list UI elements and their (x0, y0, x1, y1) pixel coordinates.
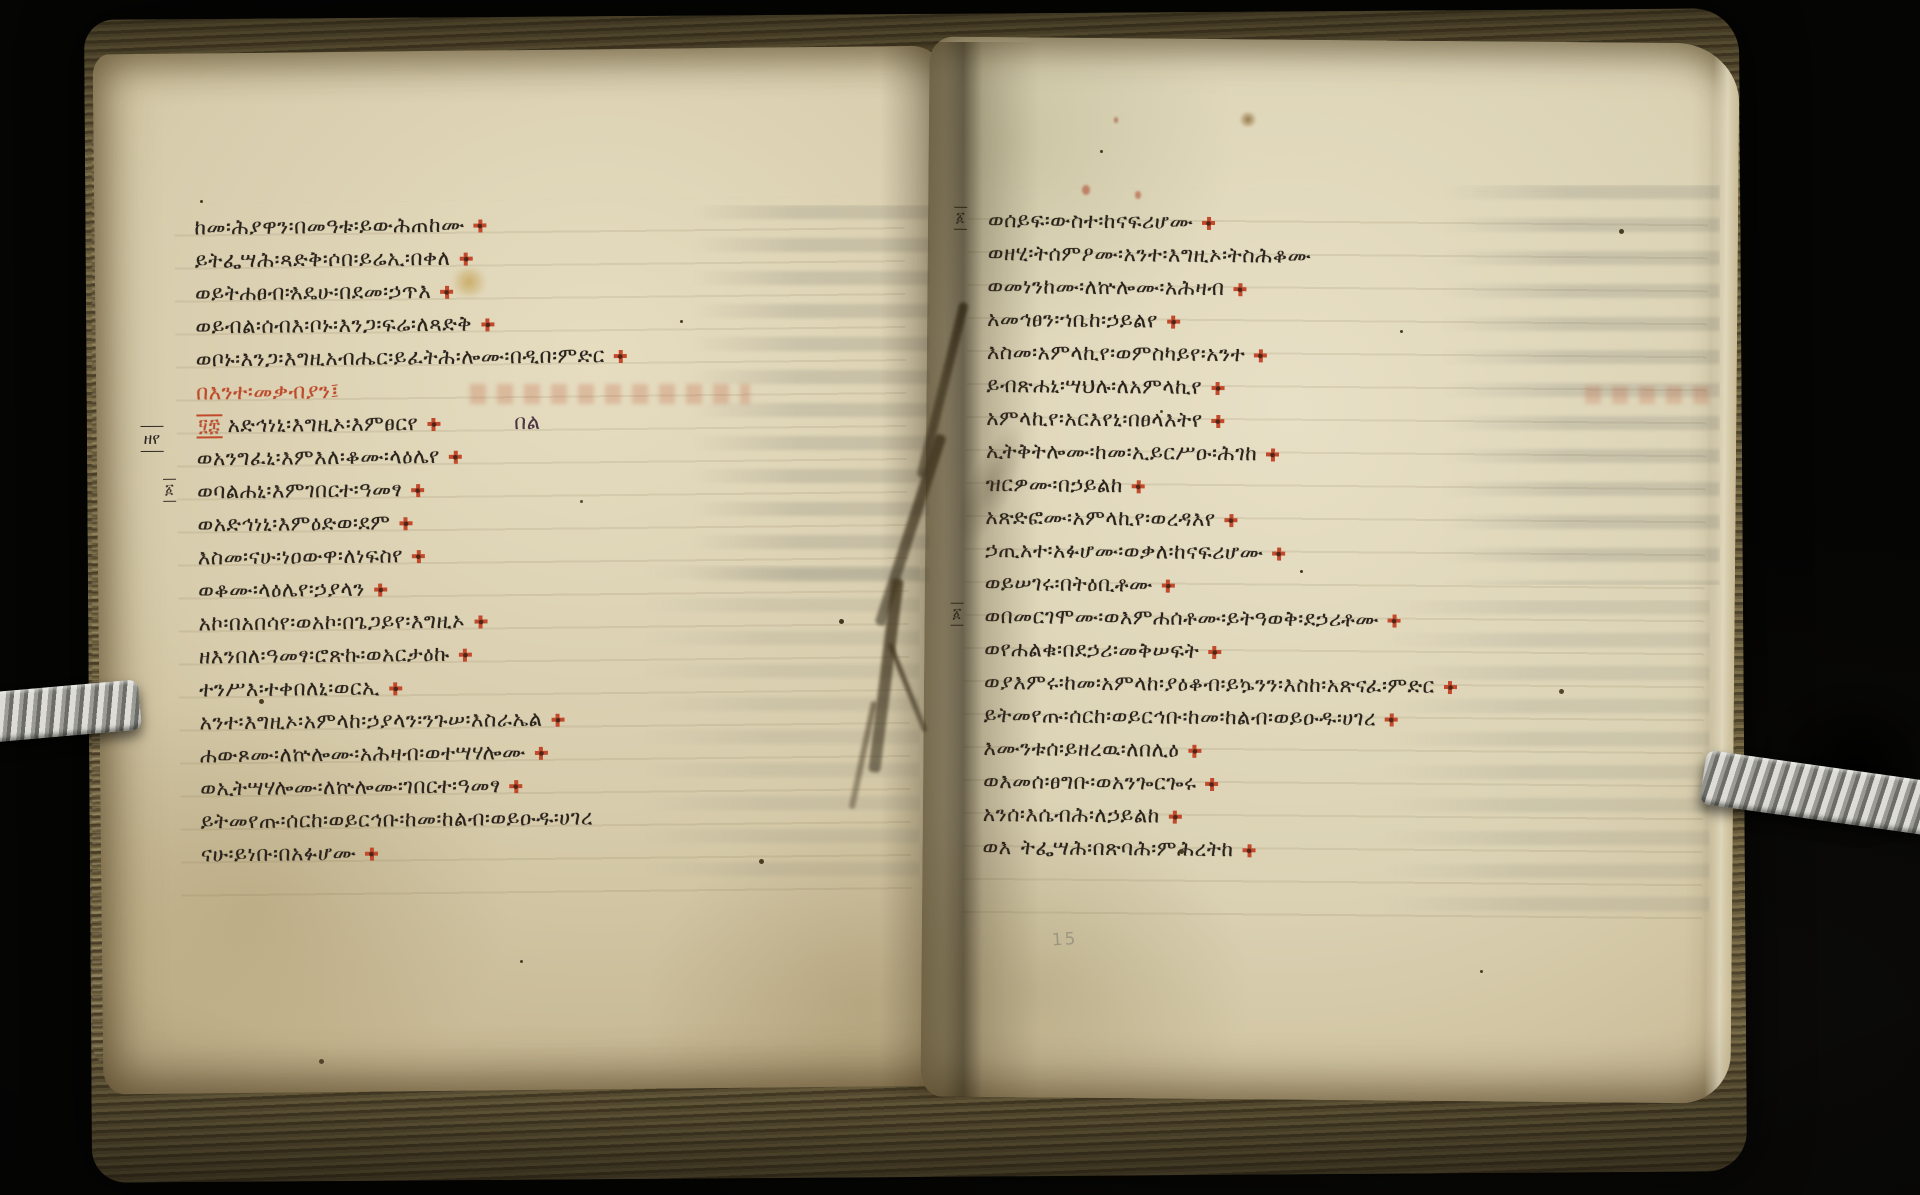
text-block-right: ፩ወሰይፍ፡ውስተ፡ከናፍሪሆሙወዘሂ፡ትሰምዖሙ፡አንተ፡እግዚኦ፡ትስሕቆሙ… (982, 204, 1723, 870)
verse-end-cross-mark (399, 517, 412, 530)
verse-end-cross-mark (1205, 777, 1218, 790)
line-text: ወቆሙ፡ላዕሌየ፡ኃያላን (198, 577, 365, 603)
line-text: ኢትቅትሎሙ፡ከመ፡ኢይርሥዑ፡ሕገከ (986, 439, 1258, 465)
verse-end-cross-mark (551, 713, 564, 726)
verse-end-cross-mark (1266, 448, 1279, 461)
line-text: ይትመየጡ፡ሰርከ፡ወይርኅቡ፡ከመ፡ከልብ፡ወይዑዱ፡ሀገረ (984, 703, 1377, 730)
verse-end-cross-mark (389, 682, 402, 695)
line-text: ወእ ትፌሣሕ፡በጽባሕ፡ምሕረትከ (982, 835, 1233, 861)
line-text: በእንተ፡መቃብያን፤ (196, 379, 340, 405)
verse-end-cross-mark (411, 484, 424, 497)
line-text: አምላኪየ፡አርእየኒ፡በፀላእትየ (986, 406, 1202, 432)
line-text: አድኅነኒ፡እግዚኦ፡እምፀርየ (227, 411, 418, 437)
verse-end-cross-mark (1233, 283, 1246, 296)
line-text: ወአድኅነኒ፡እምዕድወ፡ደም (197, 510, 390, 536)
line-text: አጽድፎሙ፡አምላኪየ፡ወረዳእየ (985, 505, 1215, 531)
margin-mark: ፩ (954, 207, 967, 230)
verse-end-cross-mark (1132, 480, 1145, 493)
interlinear-correction: በል (514, 410, 541, 434)
line-text: ዝርዎሙ፡በኃይልከ (986, 472, 1123, 497)
line-text: ወበመርገሞሙ፡ወእምሐሰቶሙ፡ይትዓወቅ፡ደኃሪቶሙ (984, 604, 1379, 631)
verse-end-cross-mark (535, 746, 548, 759)
verse-end-cross-mark (459, 648, 472, 661)
line-text: እስመ፡አምላኪየ፡ወምስካይየ፡አንተ (987, 340, 1246, 366)
line-text: ወመነንከሙ፡ለኵሎሙ፡አሕዛብ (987, 274, 1224, 300)
line-text: ይብጽሐኒ፡ሣህሉ፡ለአምላኪየ (986, 373, 1202, 399)
line-text: ወባልሐኒ፡እምገበርተ፡ዓመፃ (197, 477, 402, 503)
line-text: እሙንቱሰ፡ይዘረዉ፡ለበሊዕ (983, 736, 1179, 762)
verse-end-cross-mark (1388, 614, 1401, 627)
line-text: ከመ፡ሕያዋን፡በመዓቱ፡ይውሕጠከሙ (194, 213, 465, 240)
verse-end-cross-mark (1225, 514, 1238, 527)
verse-end-cross-mark (374, 583, 387, 596)
verse-end-cross-mark (510, 780, 523, 793)
line-text: ናሁ፡ይነቡ፡በአፉሆሙ (201, 841, 357, 867)
verse-number: ፶፰ (196, 414, 222, 439)
line-text: ወዘሂ፡ትሰምዖሙ፡አንተ፡እግዚኦ፡ትስሕቆሙ (988, 241, 1312, 268)
line-text: ወአንግፈኒ፡እምእለ፡ቆሙ፡ላዕሌየ (197, 444, 440, 471)
line-text: ወቦኑ፡እንጋ፡እግዚአብሔር፡ይፈትሕ፡ሎሙ፡በዲበ፡ምድር (196, 343, 605, 371)
text-block-left: ከመ፡ሕያዋን፡በመዓቱ፡ይውሕጠከሙይትፌሣሕ፡ጻድቅ፡ሶበ፡ይሬኢ፡በቀለወ… (194, 204, 901, 871)
line-text: ወእመሰ፡ፀግቡ፡ወአንጐርጐሩ (983, 769, 1197, 795)
line-text: ወሰይፍ፡ውስተ፡ከናፍሪሆሙ (988, 208, 1193, 234)
verse-end-cross-mark (1169, 810, 1182, 823)
line-text: ወየሐልቁ፡በደኃሪ፡መቅሠፍት (984, 637, 1199, 663)
verse-end-cross-mark (1162, 579, 1175, 592)
verse-end-cross-mark (449, 450, 462, 463)
verse-end-cross-mark (412, 550, 425, 563)
verse-end-cross-mark (1202, 216, 1215, 229)
line-text: ሐውጾሙ፡ለኵሎሙ፡አሕዛብ፡ወተሣሃሎሙ (200, 740, 526, 767)
verse-end-cross-mark (1254, 349, 1267, 362)
line-text: ወይሠገሩ፡በትዕቢቶሙ (985, 571, 1153, 596)
pencil-page-number: 15 (1051, 929, 1078, 951)
line-text: ወይትሐፀብ፡እዴሁ፡በደመ፡ኃጥእ (195, 279, 431, 305)
line-text: ወኢትሣሃሎሙ፡ለኵሎሙ፡ገበርተ፡ዓመፃ (200, 773, 501, 800)
line-text: ወይብል፡ሰብእ፡ቦኑ፡እንጋ፡ፍሬ፡ለጻድቅ (195, 312, 472, 339)
line-text: አንተ፡እግዚኦ፡አምላከ፡ኃያላን፡ንጉሠ፡እስራኤል (199, 707, 542, 735)
verse-end-cross-mark (474, 219, 487, 232)
line-text: አመኅፀን፡ኀቤከ፡ኃይልየ (987, 307, 1158, 332)
verse-end-cross-mark (1188, 744, 1201, 757)
verse-end-cross-mark (481, 318, 494, 331)
verse-end-cross-mark (1385, 713, 1398, 726)
verse-end-cross-mark (1272, 547, 1285, 560)
line-text: ይትፌሣሕ፡ጻድቅ፡ሶበ፡ይሬኢ፡በቀለ (195, 246, 451, 273)
verse-end-cross-mark (1211, 381, 1224, 394)
verse-end-cross-mark (1167, 315, 1180, 328)
line-text: ዘእንበለ፡ዓመፃ፡ሮጽኩ፡ወአርታዕኩ (199, 642, 450, 669)
verse-end-cross-mark (365, 847, 378, 860)
manuscript-page-right: ፩ወሰይፍ፡ውስተ፡ከናፍሪሆሙወዘሂ፡ትሰምዖሙ፡አንተ፡እግዚኦ፡ትስሕቆሙ… (920, 36, 1739, 1103)
margin-mark: ፩ (950, 603, 963, 626)
verse-end-cross-mark (1211, 414, 1224, 427)
verse-end-cross-mark (427, 417, 440, 430)
verse-end-cross-mark (1208, 645, 1221, 658)
verse-end-cross-mark (459, 252, 472, 265)
line-text: አንሰ፡እሴብሕ፡ለኃይልከ (983, 802, 1160, 828)
line-text: ወያእምሩ፡ከመ፡አምላከ፡ያዕቆብ፡ይኴንን፡እስከ፡አጽናፈ፡ምድር (984, 670, 1435, 698)
verse-end-cross-mark (1243, 844, 1256, 857)
line-text: አኮ፡በአበሳየ፡ወአኮ፡በጌጋይየ፡እግዚኦ (198, 609, 465, 636)
verse-end-cross-mark (614, 349, 627, 362)
manuscript-page-left: ከመ፡ሕያዋን፡በመዓቱ፡ይውሕጠከሙይትፌሣሕ፡ጻድቅ፡ሶበ፡ይሬኢ፡በቀለወ… (93, 46, 966, 1095)
margin-mark: ፩ (163, 479, 176, 502)
verse-end-cross-mark (440, 285, 453, 298)
manuscript-photo: ከመ፡ሕያዋን፡በመዓቱ፡ይውሕጠከሙይትፌሣሕ፡ጻድቅ፡ሶበ፡ይሬኢ፡በቀለወ… (0, 0, 1920, 1195)
line-text: እስመ፡ናሁ፡ነዐውዋ፡ለነፍስየ (198, 543, 403, 569)
line-text: ይትመየጡ፡ሰርከ፡ወይርኅቡ፡ከመ፡ከልብ፡ወይዑዱ፡ሀገረ (200, 805, 593, 833)
manuscript-line: ናሁ፡ይነቡ፡በአፉሆሙ (201, 831, 901, 871)
verse-end-cross-mark (474, 615, 487, 628)
line-text: ኃጢአተ፡አፉሆሙ፡ወቃለ፡ከናፍሪሆሙ (985, 538, 1263, 564)
line-text: ተንሥእ፡ተቀበለኒ፡ወርኢ (199, 676, 380, 702)
margin-note: ዘየ (140, 426, 163, 452)
manuscript-line: ወእ ትፌሣሕ፡በጽባሕ፡ምሕረትከ (982, 831, 1717, 870)
verse-end-cross-mark (1444, 680, 1457, 693)
